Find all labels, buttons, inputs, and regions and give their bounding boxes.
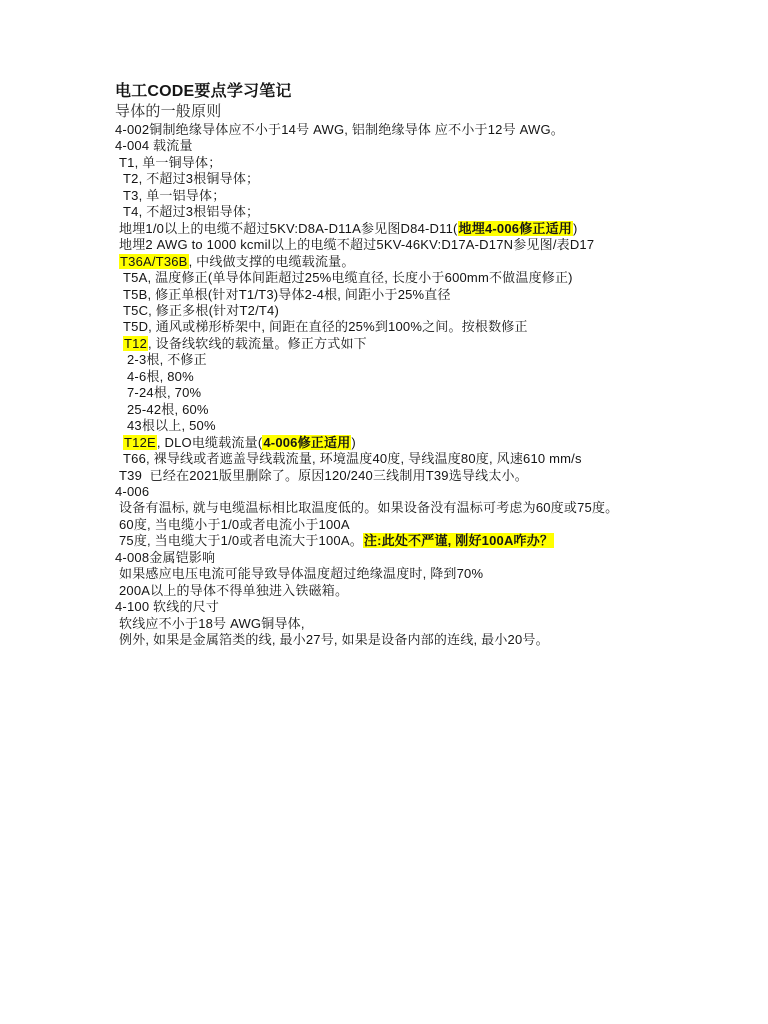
text-segment: 4-002铜制绝缘导体应不小于14号 AWG, 铝制绝缘导体 应不小于12号 A… [115, 122, 564, 137]
text-line: T2, 不超过3根铜导体； [115, 171, 732, 187]
text-segment: 4-6根, 80% [127, 369, 194, 384]
text-line: T5A, 温度修正(单导体间距超过25%电缆直径, 长度小于600mm不做温度修… [115, 270, 732, 286]
text-line: T4, 不超过3根铝导体； [115, 204, 732, 220]
text-segment: 例外, 如果是金属箔类的线, 最小27号, 如果是设备内部的连线, 最小20号。 [119, 632, 549, 647]
text-line: 4-004 载流量 [115, 138, 732, 154]
text-line: 2-3根, 不修正 [115, 352, 732, 368]
text-segment: 25-42根, 60% [127, 402, 209, 417]
text-segment: 7-24根, 70% [127, 385, 201, 400]
text-segment: ) [351, 435, 356, 450]
text-line: T39 已经在2021版里删除了。原因120/240三线制用T39选导线太小。 [115, 468, 732, 484]
text-segment: , DLO电缆载流量( [157, 435, 262, 450]
text-line: 75度, 当电缆大于1/0或者电流大于100A。注:此处不严谨, 刚好100A咋… [115, 533, 732, 549]
text-line: 4-100 软线的尺寸 [115, 599, 732, 615]
text-segment: 设备有温标, 就与电缆温标相比取温度低的。如果设备没有温标可考虑为60度或75度… [119, 500, 618, 515]
text-segment: 软线应不小于18号 AWG铜导体, [119, 616, 305, 631]
text-segment: 如果感应电压电流可能导致导体温度超过绝缘温度时, 降到70% [119, 566, 483, 581]
highlighted-text: 4-006修正适用 [262, 435, 351, 450]
text-line: 4-6根, 80% [115, 369, 732, 385]
text-segment: 200A以上的导体不得单独进入铁磁箱。 [119, 583, 348, 598]
text-segment: 导体的一般原则 [115, 103, 221, 120]
text-line: 设备有温标, 就与电缆温标相比取温度低的。如果设备没有温标可考虑为60度或75度… [115, 500, 732, 516]
text-segment: 地埋1/0以上的电缆不超过5KV:D8A-D11A参见图D84-D11( [119, 221, 458, 236]
text-line: 7-24根, 70% [115, 385, 732, 401]
text-segment: T39 已经在2021版里删除了。原因120/240三线制用T39选导线太小。 [119, 468, 528, 483]
text-line: 地埋1/0以上的电缆不超过5KV:D8A-D11A参见图D84-D11(地埋4-… [115, 221, 732, 237]
text-line: 4-002铜制绝缘导体应不小于14号 AWG, 铝制绝缘导体 应不小于12号 A… [115, 122, 732, 138]
text-line: 软线应不小于18号 AWG铜导体, [115, 616, 732, 632]
text-line: T12, 设备线软线的载流量。修正方式如下 [115, 336, 732, 352]
highlighted-text: T12E [123, 435, 157, 450]
text-segment: 4-004 载流量 [115, 138, 193, 153]
text-segment: T66, 裸导线或者遮盖导线载流量, 环境温度40度, 导线温度80度, 风速6… [123, 451, 582, 466]
text-line: T3, 单一铝导体； [115, 188, 732, 204]
text-segment: 60度, 当电缆小于1/0或者电流小于100A [119, 517, 350, 532]
text-segment: T1, 单一铜导体； [119, 155, 221, 170]
text-line: T36A/T36B, 中线做支撑的电缆载流量。 [115, 254, 732, 270]
highlighted-text: T12 [123, 336, 148, 351]
text-line: T5B, 修正单根(针对T1/T3)导体2-4根, 间距小于25%直径 [115, 287, 732, 303]
text-segment: T5D, 通风或梯形桥架中, 间距在直径的25%到100%之间。按根数修正 [123, 319, 528, 334]
doc-subtitle: 导体的一般原则 [115, 102, 732, 122]
text-line: 4-006 [115, 484, 732, 500]
highlighted-text: 地埋4-006修正适用 [458, 221, 573, 236]
text-segment: 电工CODE要点学习笔记 [115, 83, 292, 100]
text-segment: T4, 不超过3根铝导体； [123, 204, 259, 219]
text-segment: , 中线做支撑的电缆载流量。 [189, 254, 355, 269]
text-line: 43根以上, 50% [115, 418, 732, 434]
text-line: 25-42根, 60% [115, 402, 732, 418]
text-segment: T5A, 温度修正(单导体间距超过25%电缆直径, 长度小于600mm不做温度修… [123, 270, 573, 285]
text-line: 如果感应电压电流可能导致导体温度超过绝缘温度时, 降到70% [115, 566, 732, 582]
text-segment: T3, 单一铝导体； [123, 188, 225, 203]
highlighted-text: 注:此处不严谨, 刚好100A咋办？ [363, 533, 554, 548]
text-segment: T2, 不超过3根铜导体； [123, 171, 259, 186]
text-line: 地埋2 AWG to 1000 kcmil以上的电缆不超过5KV-46KV:D1… [115, 237, 732, 253]
text-segment: 4-100 软线的尺寸 [115, 599, 219, 614]
text-line: 200A以上的导体不得单独进入铁磁箱。 [115, 583, 732, 599]
document-page: 电工CODE要点学习笔记导体的一般原则4-002铜制绝缘导体应不小于14号 AW… [0, 0, 768, 1024]
text-line: 例外, 如果是金属箔类的线, 最小27号, 如果是设备内部的连线, 最小20号。 [115, 632, 732, 648]
text-line: T1, 单一铜导体； [115, 155, 732, 171]
text-line: 60度, 当电缆小于1/0或者电流小于100A [115, 517, 732, 533]
text-line: T12E, DLO电缆载流量(4-006修正适用) [115, 435, 732, 451]
text-segment: 4-008金属铠影响 [115, 550, 215, 565]
doc-title: 电工CODE要点学习笔记 [115, 82, 732, 102]
text-line: T5D, 通风或梯形桥架中, 间距在直径的25%到100%之间。按根数修正 [115, 319, 732, 335]
text-segment: ) [573, 221, 578, 236]
text-segment: 2-3根, 不修正 [127, 352, 207, 367]
highlighted-text: T36A/T36B [119, 254, 189, 269]
text-segment: 75度, 当电缆大于1/0或者电流大于100A。 [119, 533, 363, 548]
text-segment: T5C, 修正多根(针对T2/T4) [123, 303, 279, 318]
document-body: 电工CODE要点学习笔记导体的一般原则4-002铜制绝缘导体应不小于14号 AW… [115, 82, 732, 649]
text-segment: , 设备线软线的载流量。修正方式如下 [148, 336, 367, 351]
text-line: T5C, 修正多根(针对T2/T4) [115, 303, 732, 319]
text-segment: 43根以上, 50% [127, 418, 216, 433]
text-line: T66, 裸导线或者遮盖导线载流量, 环境温度40度, 导线温度80度, 风速6… [115, 451, 732, 467]
text-segment: 4-006 [115, 484, 149, 499]
text-line: 4-008金属铠影响 [115, 550, 732, 566]
text-segment: 地埋2 AWG to 1000 kcmil以上的电缆不超过5KV-46KV:D1… [119, 237, 594, 252]
text-segment: T5B, 修正单根(针对T1/T3)导体2-4根, 间距小于25%直径 [123, 287, 451, 302]
